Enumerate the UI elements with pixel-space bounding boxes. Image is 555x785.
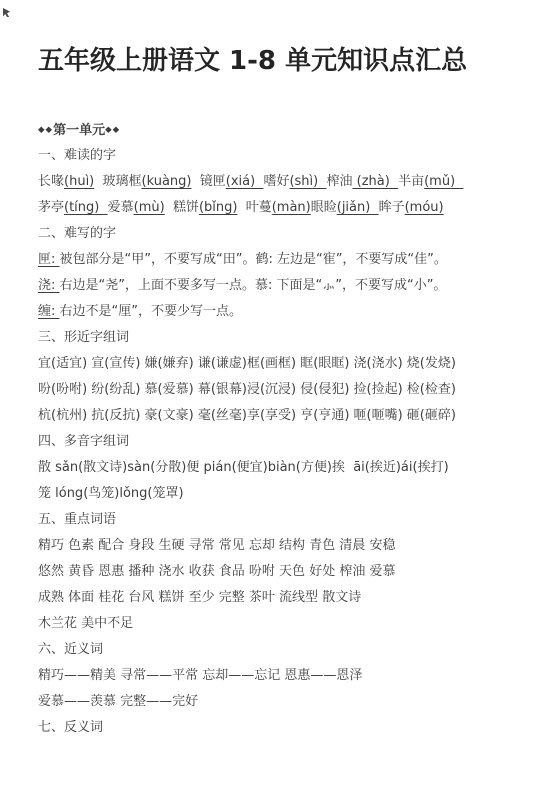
text-line: 匣: 被包部分是“甲”，不要写成“田”。鹤: 左边是“寉”，不要写成“佳”。: [38, 247, 533, 273]
text-segment: 嗜好: [263, 174, 289, 189]
diamond-icon: ◆◆: [38, 125, 53, 135]
document-title: 五年级上册语文 1-8 单元知识点汇总: [38, 44, 467, 78]
text-line: 浇: 右边是“尧”，上面不要多写一点。慕: 下面是“⺗”，不要写成“小”。: [38, 273, 533, 299]
text-segment: 精巧 色素 配合 身段 生硬 寻常 常见 忘却 结构 青色 清晨 安稳: [38, 538, 395, 553]
underlined-text: 缠:: [38, 304, 60, 319]
text-line: 悠然 黄昏 恩惠 播种 浇水 收获 食品 吩咐 天色 好处 榨油 爱慕: [38, 559, 533, 585]
section-heading: 七、反义词: [38, 715, 533, 741]
underlined-text: (shì): [289, 174, 326, 189]
section-heading: 一、难读的字: [38, 143, 533, 169]
text-segment: 二、难写的字: [38, 226, 116, 241]
text-line: 散 sǎn(散文诗)sàn(分散)便 pián(便宜)biàn(方便)挨 āi(…: [38, 455, 533, 481]
document-body: ◆◆第一单元◆◆一、难读的字长喙(huì) 玻璃框(kuàng) 镜匣(xiá)…: [38, 117, 533, 741]
text-segment: 五、重点词语: [38, 512, 116, 527]
underlined-text: (móu): [405, 200, 444, 215]
document-page: 五年级上册语文 1-8 单元知识点汇总 ◆◆第一单元◆◆一、难读的字长喙(huì…: [0, 0, 555, 785]
underlined-text: 匣:: [38, 252, 60, 267]
text-segment: 右边不是“厘”，不要少写一点。: [60, 304, 242, 319]
text-segment: 散 sǎn(散文诗)sàn(分散)便 pián(便宜)biàn(方便)挨 āi(…: [38, 460, 449, 475]
text-segment: 第一单元: [53, 123, 105, 138]
text-segment: 爱慕——羡慕 完整——完好: [38, 694, 198, 709]
section-heading: 六、近义词: [38, 637, 533, 663]
section-heading: 二、难写的字: [38, 221, 533, 247]
text-line: 茅亭(tíng) 爱慕(mù) 糕饼(bǐng) 叶蔓(màn)眼睑(jiǎn)…: [38, 195, 533, 221]
text-segment: 茅亭: [38, 200, 64, 215]
text-segment: 木兰花 美中不足: [38, 616, 133, 631]
underlined-text: (jiǎn): [337, 200, 379, 215]
underlined-text: (mù): [134, 200, 165, 215]
text-segment: 镜匣: [191, 174, 225, 189]
text-line: 宜(适宜) 宣(宣传) 嫌(嫌弃) 谦(谦虚)框(画框) 眶(眼眶) 浇(浇水)…: [38, 351, 533, 377]
text-segment: 精巧——精美 寻常——平常 忘却——忘记 恩惠——恩泽: [38, 668, 362, 683]
underlined-text: (tíng): [64, 200, 108, 215]
section-heading: 五、重点词语: [38, 507, 533, 533]
text-line: 爱慕——羡慕 完整——完好: [38, 689, 533, 715]
text-line: 木兰花 美中不足: [38, 611, 533, 637]
text-segment: 右边是“尧”，上面不要多写一点。慕: 下面是“⺗”，不要写成“小”。: [60, 278, 447, 293]
underlined-text: (zhà): [353, 174, 399, 189]
underlined-text: (kuàng): [142, 174, 192, 189]
text-segment: 吩(吩咐) 纷(纷乱) 慕(爱慕) 幕(银幕)浸(沉浸) 侵(侵犯) 捡(捡起)…: [38, 382, 456, 397]
section-heading: 四、多音字组词: [38, 429, 533, 455]
text-segment: 三、形近字组词: [38, 330, 129, 345]
text-segment: 眸子: [379, 200, 405, 215]
text-segment: 榨油: [327, 174, 353, 189]
text-line: 缠: 右边不是“厘”，不要少写一点。: [38, 299, 533, 325]
text-segment: 悠然 黄昏 恩惠 播种 浇水 收获 食品 吩咐 天色 好处 榨油 爱慕: [38, 564, 395, 579]
text-segment: 糕饼: [165, 200, 199, 215]
text-segment: 长喙: [38, 174, 64, 189]
text-segment: 一、难读的字: [38, 148, 116, 163]
underlined-text: (mǔ): [424, 174, 463, 189]
underlined-text: (huì): [64, 174, 94, 189]
underlined-text: 浇:: [38, 278, 60, 293]
underlined-text: (xiá): [226, 174, 264, 189]
text-segment: 四、多音字组词: [38, 434, 129, 449]
text-line: 杭(杭州) 抗(反抗) 豪(文豪) 毫(丝毫)享(享受) 亨(亨通) 咂(咂嘴)…: [38, 403, 533, 429]
text-segment: 半亩: [398, 174, 424, 189]
text-segment: 成熟 体面 桂花 台风 糕饼 至少 完整 茶叶 流线型 散文诗: [38, 590, 361, 605]
text-segment: 爱慕: [108, 200, 134, 215]
text-line: 成熟 体面 桂花 台风 糕饼 至少 完整 茶叶 流线型 散文诗: [38, 585, 533, 611]
text-line: 长喙(huì) 玻璃框(kuàng) 镜匣(xiá) 嗜好(shì) 榨油 (z…: [38, 169, 533, 195]
text-segment: 七、反义词: [38, 720, 103, 735]
text-segment: 笼 lóng(鸟笼)lǒng(笼罩): [38, 486, 184, 501]
text-line: 笼 lóng(鸟笼)lǒng(笼罩): [38, 481, 533, 507]
text-line: 精巧 色素 配合 身段 生硬 寻常 常见 忘却 结构 青色 清晨 安稳: [38, 533, 533, 559]
text-segment: 眼睑: [311, 200, 337, 215]
text-segment: 宜(适宜) 宣(宣传) 嫌(嫌弃) 谦(谦虚)框(画框) 眶(眼眶) 浇(浇水)…: [38, 356, 456, 371]
underlined-text: (bǐng): [199, 200, 238, 215]
text-segment: 玻璃框: [94, 174, 141, 189]
text-segment: 杭(杭州) 抗(反抗) 豪(文豪) 毫(丝毫)享(享受) 亨(亨通) 咂(咂嘴)…: [38, 408, 456, 423]
text-segment: 六、近义词: [38, 642, 103, 657]
section-heading: 三、形近字组词: [38, 325, 533, 351]
text-segment: 叶蔓: [237, 200, 271, 215]
text-line: 吩(吩咐) 纷(纷乱) 慕(爱慕) 幕(银幕)浸(沉浸) 侵(侵犯) 捡(捡起)…: [38, 377, 533, 403]
text-line: 精巧——精美 寻常——平常 忘却——忘记 恩惠——恩泽: [38, 663, 533, 689]
unit-header: ◆◆第一单元◆◆: [38, 117, 533, 143]
text-segment: 被包部分是“甲”，不要写成“田”。鹤: 左边是“寉”，不要写成“佳”。: [60, 252, 447, 267]
underlined-text: (màn): [272, 200, 311, 215]
diamond-icon: ◆◆: [105, 125, 120, 135]
corner-artifact-icon: [3, 8, 10, 17]
